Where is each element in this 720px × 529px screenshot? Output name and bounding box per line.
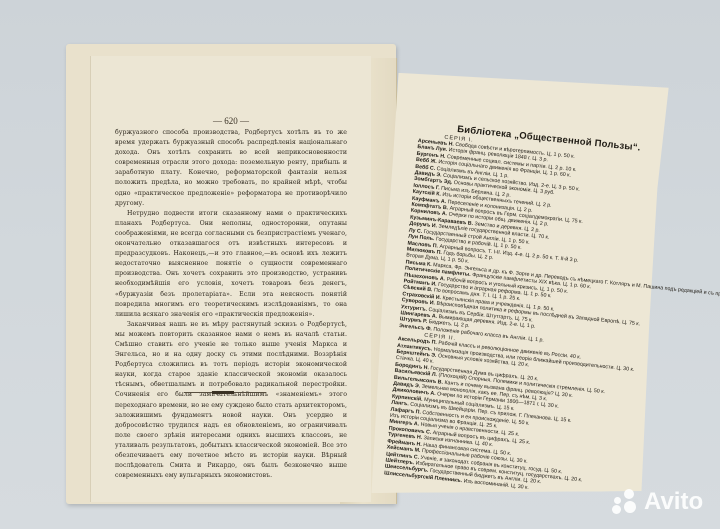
left-book-page: — 620 — буржуазного способа производства… [90, 56, 371, 502]
avito-logo-icon [612, 489, 640, 515]
end-ornament-divider [184, 392, 266, 393]
paragraph: Нетрудно подвести итоги сказанному нами … [115, 209, 347, 320]
page-number: — 620 — [91, 116, 371, 126]
series-1-list: Арсеньевъ Н. Свобода совѣсти и вѣротерпи… [399, 138, 687, 356]
avito-watermark: Avito [612, 488, 703, 516]
avito-brand-text: Avito [644, 488, 703, 516]
paragraph: буржуазного способа производства, Родбер… [115, 128, 347, 209]
series-2-list: Аксельродъ П. Рабочій классъ и революціо… [384, 336, 667, 504]
paragraph: Заканчивая нашъ не въ мѣру растянутый эс… [115, 320, 347, 482]
catalog-list: Библіотека „Общественной Пользы“. СЕРІЯ … [384, 140, 687, 504]
left-page-text: буржуазного способа производства, Родбер… [115, 128, 347, 481]
